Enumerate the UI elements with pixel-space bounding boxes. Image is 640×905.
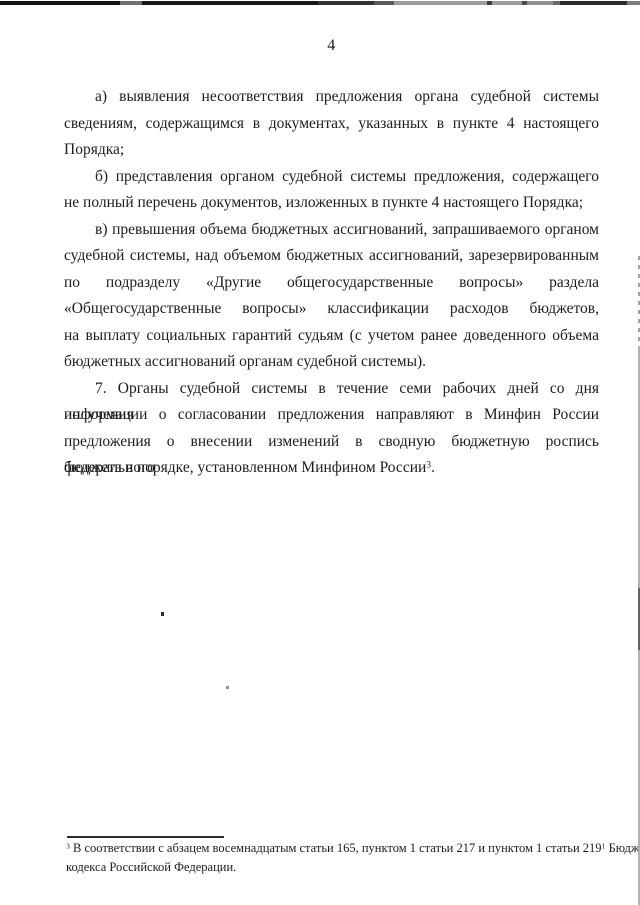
- superscript-reference: 3: [426, 460, 431, 471]
- paragraph-line: Порядка;: [64, 137, 599, 164]
- document-body: а) выявления несоответствия предложения …: [64, 84, 599, 482]
- paragraph: б) представления органом судебной систем…: [64, 164, 599, 217]
- paragraph-line: предложения о внесении изменений в сводн…: [64, 429, 599, 456]
- paragraph-line: «Общегосударственные вопросы» классифика…: [64, 296, 599, 323]
- paragraph: в) превышения объема бюджетных ассигнова…: [64, 217, 599, 376]
- paragraph-line: б) представления органом судебной систем…: [64, 164, 599, 191]
- paragraph-line: бюджета в порядке, установленном Минфино…: [64, 455, 599, 482]
- scan-speck: [226, 686, 229, 689]
- paragraph-line: а) выявления несоответствия предложения …: [64, 84, 599, 111]
- paragraph-line: на выплату социальных гарантий судьям (с…: [64, 323, 599, 350]
- paragraph: а) выявления несоответствия предложения …: [64, 84, 599, 164]
- paragraph-line: 7. Органы судебной системы в течение сем…: [64, 376, 599, 403]
- footnote-line: 3 В соответствии с абзацем восемнадцатым…: [66, 839, 611, 858]
- paragraph-line: судебной системы, над объемом бюджетных …: [64, 243, 599, 270]
- paragraph-line: не полный перечень документов, изложенны…: [64, 190, 599, 217]
- paragraph-line: в) превышения объема бюджетных ассигнова…: [64, 217, 599, 244]
- superscript-reference: 1: [602, 842, 606, 851]
- scan-speck: [161, 612, 164, 616]
- footnote-separator: [67, 836, 224, 838]
- footnote-line: кодекса Российской Федерации.: [66, 858, 611, 877]
- page-number: 4: [64, 37, 599, 55]
- scan-artifact-top-edge: [0, 1, 640, 5]
- paragraph-line: сведениям, содержащимся в документах, ук…: [64, 111, 599, 138]
- document-page: 4 а) выявления несоответствия предложени…: [0, 0, 640, 905]
- paragraph-line: бюджетных ассигнований органам судебной …: [64, 349, 599, 376]
- superscript-reference: 3: [66, 842, 70, 851]
- footnote: 3 В соответствии с абзацем восемнадцатым…: [66, 839, 611, 876]
- paragraph: 7. Органы судебной системы в течение сем…: [64, 376, 599, 482]
- paragraph-line: по подразделу «Другие общегосударственны…: [64, 270, 599, 297]
- paragraph-line: информации о согласовании предложения на…: [64, 402, 599, 429]
